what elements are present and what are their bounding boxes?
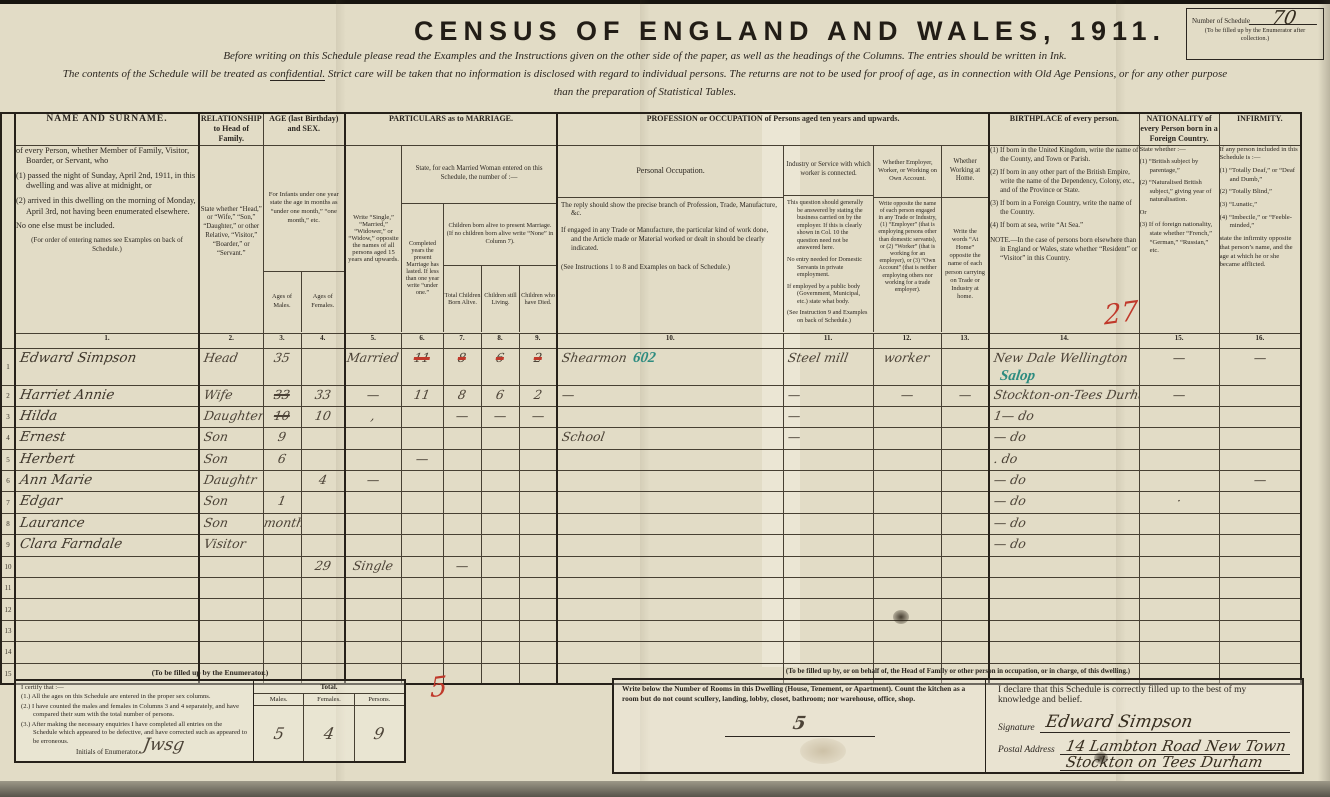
cell-birthplace: — do (989, 471, 1139, 492)
cell-nationality: — (1139, 348, 1219, 385)
cell-name: Herbert (15, 449, 199, 470)
cell-birthplace (989, 578, 1139, 599)
cell-age-females: 4 (301, 471, 345, 492)
cell-age-males: 1 (263, 492, 301, 513)
enumerator-initials-signature: Jwsg (141, 735, 186, 757)
nationality-column-description: State whether :— (1) “British subject by… (1139, 145, 1219, 333)
cell-nationality (1139, 471, 1219, 492)
table-row: 8LauranceSonmonth— do (1, 513, 1301, 534)
cell-occupation (557, 578, 783, 599)
cell-employment (873, 578, 941, 599)
marriage-column-description: Write “Single,” “Married,” “Widower,” or… (345, 145, 557, 333)
cell-relationship (199, 642, 263, 663)
enumerator-box: I certify that :— (1.) All the ages on t… (14, 679, 406, 763)
cell-children-born (443, 620, 481, 641)
cell-name: Laurance (15, 513, 199, 534)
cell-birthplace: . do (989, 449, 1139, 470)
row-number: 1 (1, 348, 15, 385)
cell-infirmity (1219, 535, 1301, 556)
cell-age-males (263, 620, 301, 641)
cell-working-at-home (941, 449, 989, 470)
cell-industry: — (783, 428, 873, 449)
cell-children-born: 8 (443, 348, 481, 385)
personal-occupation-header: Personal Occupation. (558, 146, 783, 198)
working-at-home-header: Whether Working at Home. (942, 146, 988, 198)
cell-marriage (345, 578, 401, 599)
cell-age-males: 9 (263, 428, 301, 449)
cell-industry: Steel mill (783, 348, 873, 385)
cell-name: Clara Farndale (15, 535, 199, 556)
cell-industry (783, 620, 873, 641)
cell-years-married: 11 (401, 385, 443, 406)
cell-birthplace (989, 620, 1139, 641)
cell-birthplace (989, 556, 1139, 577)
cell-children-died (519, 535, 557, 556)
scan-bottom-edge (0, 781, 1330, 797)
ink-blot (1094, 752, 1108, 764)
cell-age-males (263, 578, 301, 599)
cell-age-males (263, 471, 301, 492)
cell-infirmity (1219, 492, 1301, 513)
declaration-section: I declare that this Schedule is correctl… (986, 680, 1302, 772)
table-row: 2Harriet AnnieWife3333—11862————Stockton… (1, 385, 1301, 406)
page-title: CENSUS OF ENGLAND AND WALES, 1911. (300, 16, 1280, 47)
cell-years-married (401, 620, 443, 641)
col-header-profession: PROFESSION or OCCUPATION of Persons aged… (557, 113, 989, 145)
cell-children-born (443, 449, 481, 470)
table-row: 5HerbertSon6—. do (1, 449, 1301, 470)
cell-working-at-home (941, 620, 989, 641)
cell-marriage (345, 449, 401, 470)
table-row: 9Clara FarndaleVisitor— do (1, 535, 1301, 556)
enumerator-certification: I certify that :— (1.) All the ages on t… (16, 681, 253, 761)
children-died-label: Children who have Died. (520, 266, 556, 332)
cell-age-males: 6 (263, 449, 301, 470)
cell-infirmity (1219, 513, 1301, 534)
cell-working-at-home (941, 578, 989, 599)
cell-birthplace: 1— do (989, 406, 1139, 427)
row-number: 7 (1, 492, 15, 513)
cell-relationship (199, 599, 263, 620)
cell-infirmity (1219, 449, 1301, 470)
cell-nationality (1139, 449, 1219, 470)
cell-age-females (301, 492, 345, 513)
enumerator-box-title: (To be filled up by the Enumerator.) (14, 668, 406, 677)
signature-label: Signature (998, 723, 1035, 733)
rooms-count-value: 5 (791, 712, 808, 736)
cell-employment (873, 428, 941, 449)
cell-children-living (481, 471, 519, 492)
rooms-box: Write below the Number of Rooms in this … (614, 680, 986, 772)
females-total-value: 4 (322, 724, 336, 743)
cell-infirmity (1219, 578, 1301, 599)
cell-age-females: 33 (301, 385, 345, 406)
declaration-text: I declare that this Schedule is correctl… (998, 685, 1290, 705)
total-label: Total. (254, 681, 404, 694)
cell-age-males: 10 (263, 406, 301, 427)
cell-children-died: 2 (519, 385, 557, 406)
cell-birthplace: — do (989, 428, 1139, 449)
cell-nationality: — (1139, 385, 1219, 406)
cell-years-married: 11 (401, 348, 443, 385)
profession-column-description: Personal Occupation. The reply should sh… (557, 145, 989, 333)
ink-stain (800, 738, 846, 764)
cell-children-living (481, 428, 519, 449)
scan-right-edge (1318, 0, 1330, 797)
cell-working-at-home (941, 348, 989, 385)
cell-name (15, 599, 199, 620)
table-row: 1Edward SimpsonHead35Married11862Shearmo… (1, 348, 1301, 385)
cell-working-at-home (941, 471, 989, 492)
head-of-family-box-title: (To be filled up by, or on behalf of, th… (612, 667, 1304, 675)
cell-marriage (345, 642, 401, 663)
row-number: 15 (1, 663, 15, 684)
cell-age-males: 33 (263, 385, 301, 406)
cell-industry (783, 599, 873, 620)
cell-relationship: Son (199, 428, 263, 449)
cell-children-born (443, 578, 481, 599)
red-ink-five: 5 (430, 671, 447, 705)
cell-industry (783, 642, 873, 663)
cell-nationality (1139, 428, 1219, 449)
cell-age-males (263, 556, 301, 577)
name-column-description: of every Person, whether Member of Famil… (15, 145, 199, 333)
cell-industry (783, 492, 873, 513)
cell-marriage (345, 428, 401, 449)
col-header-birthplace: BIRTHPLACE of every person. (989, 113, 1139, 145)
cell-working-at-home (941, 556, 989, 577)
cell-occupation (557, 620, 783, 641)
ages-of-males-label: Ages of Males. (264, 272, 302, 332)
table-row: 6Ann MarieDaughtr4—— do— (1, 471, 1301, 492)
employer-worker-description: Write opposite the name of each person e… (874, 198, 941, 332)
cell-marriage: Single (345, 556, 401, 577)
cell-years-married (401, 428, 443, 449)
cell-children-died (519, 449, 557, 470)
cell-infirmity (1219, 620, 1301, 641)
col-header-name: NAME AND SURNAME. (15, 113, 199, 145)
cell-age-females (301, 642, 345, 663)
instruction-line-3: than the preparation of Statistical Tabl… (10, 87, 1280, 98)
ink-blot (893, 610, 909, 624)
row-number: 6 (1, 471, 15, 492)
cell-children-died (519, 492, 557, 513)
males-label: Males. (254, 694, 304, 705)
cell-children-died (519, 642, 557, 663)
cell-occupation (557, 492, 783, 513)
cell-employment (873, 406, 941, 427)
cell-employment (873, 449, 941, 470)
cell-children-died: — (519, 406, 557, 427)
cell-years-married (401, 471, 443, 492)
marriage-state-description: State, for each Married Woman entered on… (402, 146, 556, 204)
cell-birthplace (989, 642, 1139, 663)
table-row: 12 (1, 599, 1301, 620)
cell-age-females: 10 (301, 406, 345, 427)
cell-name: Edward Simpson (15, 348, 199, 385)
cell-children-died (519, 620, 557, 641)
cell-infirmity: — (1219, 348, 1301, 385)
cell-children-born (443, 492, 481, 513)
cell-children-died (519, 513, 557, 534)
industry-header: Industry or Service with which worker is… (784, 146, 873, 197)
cell-years-married (401, 642, 443, 663)
cell-marriage: — (345, 385, 401, 406)
cell-children-born: — (443, 556, 481, 577)
cell-occupation: Shearmon602 (557, 348, 783, 385)
rooms-instruction: Write below the Number of Rooms in this … (622, 684, 965, 703)
cell-children-born (443, 428, 481, 449)
cell-children-living: 6 (481, 385, 519, 406)
cell-children-died (519, 471, 557, 492)
cell-occupation (557, 449, 783, 470)
children-born-description: Children born alive to present Marriage.… (444, 204, 556, 266)
cell-children-born (443, 599, 481, 620)
cell-nationality (1139, 535, 1219, 556)
ink-annotation: Salop (999, 368, 1036, 385)
cell-occupation: School (557, 428, 783, 449)
cell-employment: worker (873, 348, 941, 385)
cell-children-living (481, 578, 519, 599)
initials-label: Initials of Enumerator. (76, 748, 139, 757)
table-row: 7EdgarSon1— do· (1, 492, 1301, 513)
cell-employment (873, 471, 941, 492)
cell-children-died (519, 599, 557, 620)
census-table: NAME AND SURNAME. RELATIONSHIP to Head o… (0, 112, 1302, 685)
persons-label: Persons. (355, 694, 404, 705)
table-row: 13 (1, 620, 1301, 641)
cell-infirmity (1219, 599, 1301, 620)
cell-nationality (1139, 513, 1219, 534)
cell-children-living (481, 513, 519, 534)
schedule-number-note: (To be filled up by the Enumerator after… (1192, 27, 1318, 43)
persons-total-value: 9 (373, 724, 387, 743)
cell-age-females (301, 348, 345, 385)
cell-age-females (301, 449, 345, 470)
cell-infirmity (1219, 556, 1301, 577)
table-row: 1029Single— (1, 556, 1301, 577)
cell-occupation (557, 513, 783, 534)
children-living-label: Children still Living. (482, 266, 520, 332)
cell-occupation (557, 599, 783, 620)
cell-working-at-home (941, 642, 989, 663)
cell-occupation (557, 642, 783, 663)
cell-years-married (401, 406, 443, 427)
cell-children-living (481, 642, 519, 663)
cell-birthplace: New Dale WellingtonSalop (989, 348, 1139, 385)
cell-marriage: — (345, 471, 401, 492)
cell-industry: — (783, 406, 873, 427)
cell-name (15, 578, 199, 599)
col-header-infirmity: INFIRMITY. (1219, 113, 1301, 145)
ink-annotation: 602 (632, 350, 657, 367)
cell-children-living: — (481, 406, 519, 427)
schedule-number-label: Number of Schedule (1192, 17, 1250, 25)
cell-age-females: 29 (301, 556, 345, 577)
cell-industry (783, 578, 873, 599)
cell-relationship: Wife (199, 385, 263, 406)
row-number: 2 (1, 385, 15, 406)
years-married-description: Completed years the present Marriage has… (402, 204, 444, 332)
cell-age-females (301, 578, 345, 599)
column-numbers-row: 1. 2. 3. 4. 5. 6. 7. 8. 9. 10. 11. 12. 1… (1, 333, 1301, 348)
cell-infirmity: — (1219, 471, 1301, 492)
cell-marriage (345, 492, 401, 513)
cell-children-born (443, 513, 481, 534)
cell-age-females (301, 599, 345, 620)
cell-marriage (345, 620, 401, 641)
cell-nationality: · (1139, 492, 1219, 513)
cell-employment (873, 492, 941, 513)
cell-occupation (557, 471, 783, 492)
cell-name (15, 642, 199, 663)
employer-worker-header: Whether Employer, Worker, or Working on … (874, 146, 941, 198)
schedule-number-value: 70 (1249, 12, 1319, 25)
cell-relationship: Daughter (199, 406, 263, 427)
cell-industry (783, 449, 873, 470)
cell-name: Harriet Annie (15, 385, 199, 406)
cell-employment (873, 513, 941, 534)
cell-children-born: 8 (443, 385, 481, 406)
cell-relationship: Head (199, 348, 263, 385)
cell-age-males: month (263, 513, 301, 534)
col-header-marriage: PARTICULARS as to MARRIAGE. (345, 113, 557, 145)
ages-of-females-label: Ages of Females. (302, 272, 345, 332)
signature-value: Edward Simpson (1044, 712, 1194, 732)
cell-industry (783, 535, 873, 556)
cell-relationship (199, 620, 263, 641)
marriage-write-description: Write “Single,” “Married,” “Widower,” or… (346, 146, 402, 332)
col-header-relationship: RELATIONSHIP to Head of Family. (199, 113, 263, 145)
census-form-scan: CENSUS OF ENGLAND AND WALES, 1911. Numbe… (0, 0, 1330, 797)
cell-birthplace: — do (989, 492, 1139, 513)
row-number: 3 (1, 406, 15, 427)
relationship-column-description: State whether “Head,” or “Wife,” “Son,” … (199, 145, 263, 333)
cell-age-males (263, 535, 301, 556)
cell-marriage (345, 599, 401, 620)
cell-children-died (519, 556, 557, 577)
working-at-home-description: Write the words “At Home” opposite the n… (942, 198, 988, 332)
cell-age-females (301, 620, 345, 641)
red-ink-mark: 27 (1104, 295, 1138, 331)
cell-working-at-home (941, 406, 989, 427)
cell-children-living (481, 620, 519, 641)
cell-working-at-home (941, 535, 989, 556)
cell-years-married (401, 535, 443, 556)
cell-age-males (263, 599, 301, 620)
cell-birthplace: Stockton-on-Tees Durham (989, 385, 1139, 406)
cell-years-married (401, 556, 443, 577)
cell-infirmity (1219, 642, 1301, 663)
instruction-line-2: The contents of the Schedule will be tre… (10, 69, 1280, 80)
cell-age-males (263, 642, 301, 663)
cell-nationality (1139, 556, 1219, 577)
cell-age-females (301, 513, 345, 534)
cell-name: Hilda (15, 406, 199, 427)
cell-occupation (557, 535, 783, 556)
table-row: 14 (1, 642, 1301, 663)
cell-children-born: — (443, 406, 481, 427)
row-number: 12 (1, 599, 15, 620)
row-number: 11 (1, 578, 15, 599)
cell-children-died (519, 428, 557, 449)
cell-relationship: Son (199, 513, 263, 534)
cell-relationship: Visitor (199, 535, 263, 556)
cell-nationality (1139, 620, 1219, 641)
cell-marriage (345, 513, 401, 534)
cell-children-died (519, 663, 557, 684)
cell-birthplace: — do (989, 513, 1139, 534)
cell-name (15, 556, 199, 577)
cell-industry (783, 513, 873, 534)
cell-children-born (443, 535, 481, 556)
confidential-underlined: confidential. (270, 68, 325, 81)
cell-working-at-home (941, 492, 989, 513)
cell-age-males: 35 (263, 348, 301, 385)
cell-years-married (401, 578, 443, 599)
cell-children-living: 6 (481, 348, 519, 385)
cell-occupation (557, 406, 783, 427)
cell-name (15, 620, 199, 641)
cell-children-died (519, 578, 557, 599)
cell-birthplace (989, 599, 1139, 620)
row-number: 14 (1, 642, 15, 663)
row-number: 9 (1, 535, 15, 556)
cell-relationship: Son (199, 449, 263, 470)
females-label: Females. (304, 694, 354, 705)
instructions: Before writing on this Schedule please r… (10, 51, 1280, 105)
cell-employment (873, 556, 941, 577)
row-number-column-header (1, 113, 15, 348)
cell-years-married: — (401, 449, 443, 470)
cell-marriage: Married (345, 348, 401, 385)
cell-name: Ernest (15, 428, 199, 449)
cell-industry (783, 471, 873, 492)
cell-infirmity (1219, 385, 1301, 406)
cell-age-females (301, 428, 345, 449)
cell-infirmity (1219, 428, 1301, 449)
cell-children-born (443, 471, 481, 492)
table-row: 4ErnestSon9School—— do (1, 428, 1301, 449)
cell-marriage: , (345, 406, 401, 427)
cell-children-living (481, 535, 519, 556)
cell-infirmity (1219, 406, 1301, 427)
cell-nationality (1139, 599, 1219, 620)
cell-relationship: Son (199, 492, 263, 513)
cell-working-at-home (941, 599, 989, 620)
table-row: 3HildaDaughter1010,————1— do (1, 406, 1301, 427)
cell-years-married (401, 599, 443, 620)
cell-children-living (481, 492, 519, 513)
cell-employment: — (873, 385, 941, 406)
cell-children-living (481, 663, 519, 684)
cell-name: Edgar (15, 492, 199, 513)
cell-years-married (401, 513, 443, 534)
cell-relationship (199, 556, 263, 577)
cell-marriage (345, 535, 401, 556)
cell-working-at-home: — (941, 385, 989, 406)
cell-working-at-home (941, 513, 989, 534)
cell-employment (873, 535, 941, 556)
males-total-value: 5 (272, 724, 286, 743)
totals-table: Total. Males. Females. Persons. 5 4 9 (253, 681, 404, 761)
scan-top-edge (0, 0, 1330, 4)
cell-birthplace: — do (989, 535, 1139, 556)
cell-name: Ann Marie (15, 471, 199, 492)
cell-relationship: Daughtr (199, 471, 263, 492)
cell-industry (783, 556, 873, 577)
cell-children-died: 2 (519, 348, 557, 385)
